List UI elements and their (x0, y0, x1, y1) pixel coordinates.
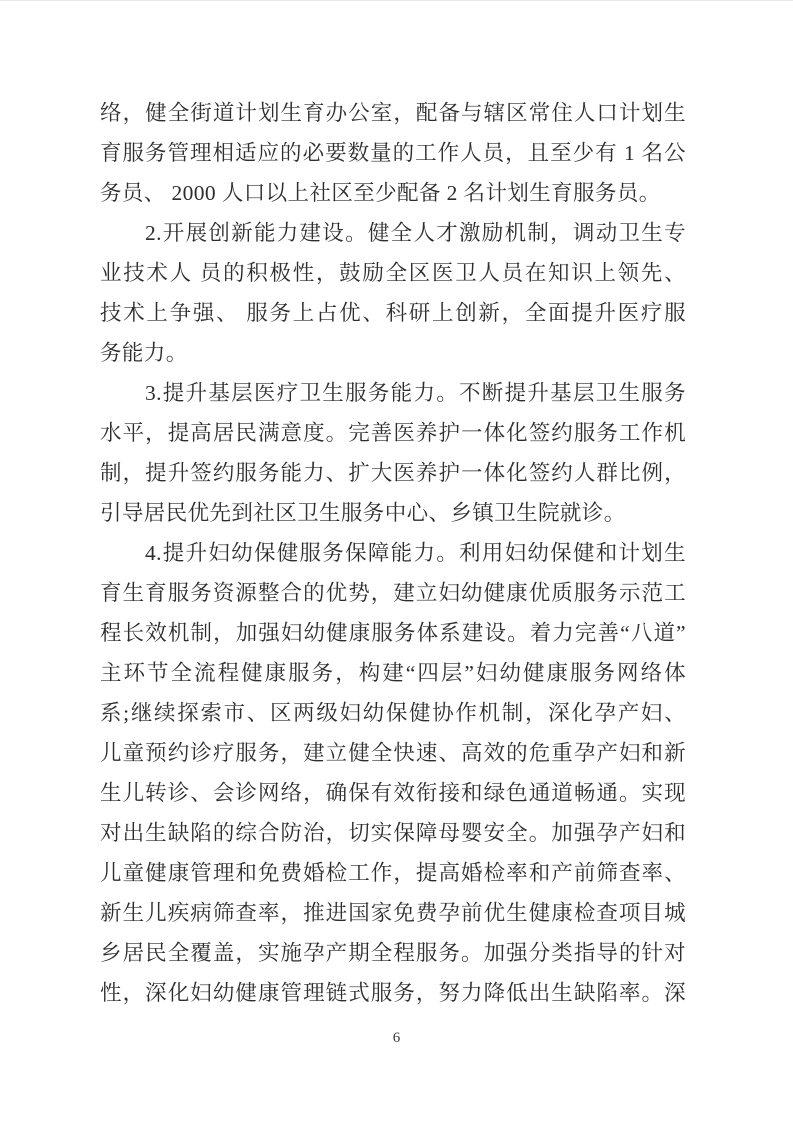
text-line: 水平，提高居民满意度。完善医养护一体化签约服务工作机 (100, 413, 686, 453)
text-line: 务员、 2000 人口以上社区至少配备 2 名计划生育服务员。 (100, 173, 686, 213)
paragraph: 络，健全街道计划生育办公室，配备与辖区常住人口计划生 育服务管理相适应的必要数量… (100, 93, 686, 213)
text-line: 制，提升签约服务能力、扩大医养护一体化签约人群比例， (100, 453, 686, 493)
paragraph: 4.提升妇幼保健服务保障能力。利用妇幼保健和计划生 育生育服务资源整合的优势，建… (100, 533, 686, 1013)
text-line: 技术上争强、 服务上占优、科研上创新，全面提升医疗服 (100, 293, 686, 333)
paragraph: 3.提升基层医疗卫生服务能力。不断提升基层卫生服务 水平，提高居民满意度。完善医… (100, 373, 686, 533)
text-line: 络，健全街道计划生育办公室，配备与辖区常住人口计划生 (100, 93, 686, 133)
text-line: 程长效机制，加强妇幼健康服务体系建设。着力完善“八道” (100, 613, 686, 653)
text-line: 育生育服务资源整合的优势，建立妇幼健康优质服务示范工 (100, 573, 686, 613)
text-line: 2.开展创新能力建设。健全人才激励机制，调动卫生专 (100, 213, 686, 253)
text-line: 生儿转诊、会诊网络，确保有效衔接和绿色通道畅通。实现 (100, 773, 686, 813)
text-line: 对出生缺陷的综合防治，切实保障母婴安全。加强孕产妇和 (100, 813, 686, 853)
text-line: 儿童健康管理和免费婚检工作，提高婚检率和产前筛查率、 (100, 853, 686, 893)
text-line: 主环节全流程健康服务，构建“四层”妇幼健康服务网络体 (100, 653, 686, 693)
document-page: 络，健全街道计划生育办公室，配备与辖区常住人口计划生 育服务管理相适应的必要数量… (0, 0, 793, 1122)
page-number: 6 (0, 1030, 793, 1047)
text-line: 引导居民优先到社区卫生服务中心、乡镇卫生院就诊。 (100, 493, 686, 533)
text-line: 4.提升妇幼保健服务保障能力。利用妇幼保健和计划生 (100, 533, 686, 573)
text-line: 乡居民全覆盖，实施孕产期全程服务。加强分类指导的针对 (100, 933, 686, 973)
text-line: 性，深化妇幼健康管理链式服务，努力降低出生缺陷率。深 (100, 973, 686, 1013)
text-line: 业技术人 员的积极性，鼓励全区医卫人员在知识上领先、 (100, 253, 686, 293)
text-line: 育服务管理相适应的必要数量的工作人员，且至少有 1 名公 (100, 133, 686, 173)
text-line: 新生儿疾病筛查率，推进国家免费孕前优生健康检查项目城 (100, 893, 686, 933)
text-line: 务能力。 (100, 333, 686, 373)
text-line: 系;继续探索市、区两级妇幼保健协作机制，深化孕产妇、 (100, 693, 686, 733)
text-line: 儿童预约诊疗服务，建立健全快速、高效的危重孕产妇和新 (100, 733, 686, 773)
paragraph: 2.开展创新能力建设。健全人才激励机制，调动卫生专 业技术人 员的积极性，鼓励全… (100, 213, 686, 373)
page-body-text: 络，健全街道计划生育办公室，配备与辖区常住人口计划生 育服务管理相适应的必要数量… (100, 93, 686, 1013)
text-line: 3.提升基层医疗卫生服务能力。不断提升基层卫生服务 (100, 373, 686, 413)
